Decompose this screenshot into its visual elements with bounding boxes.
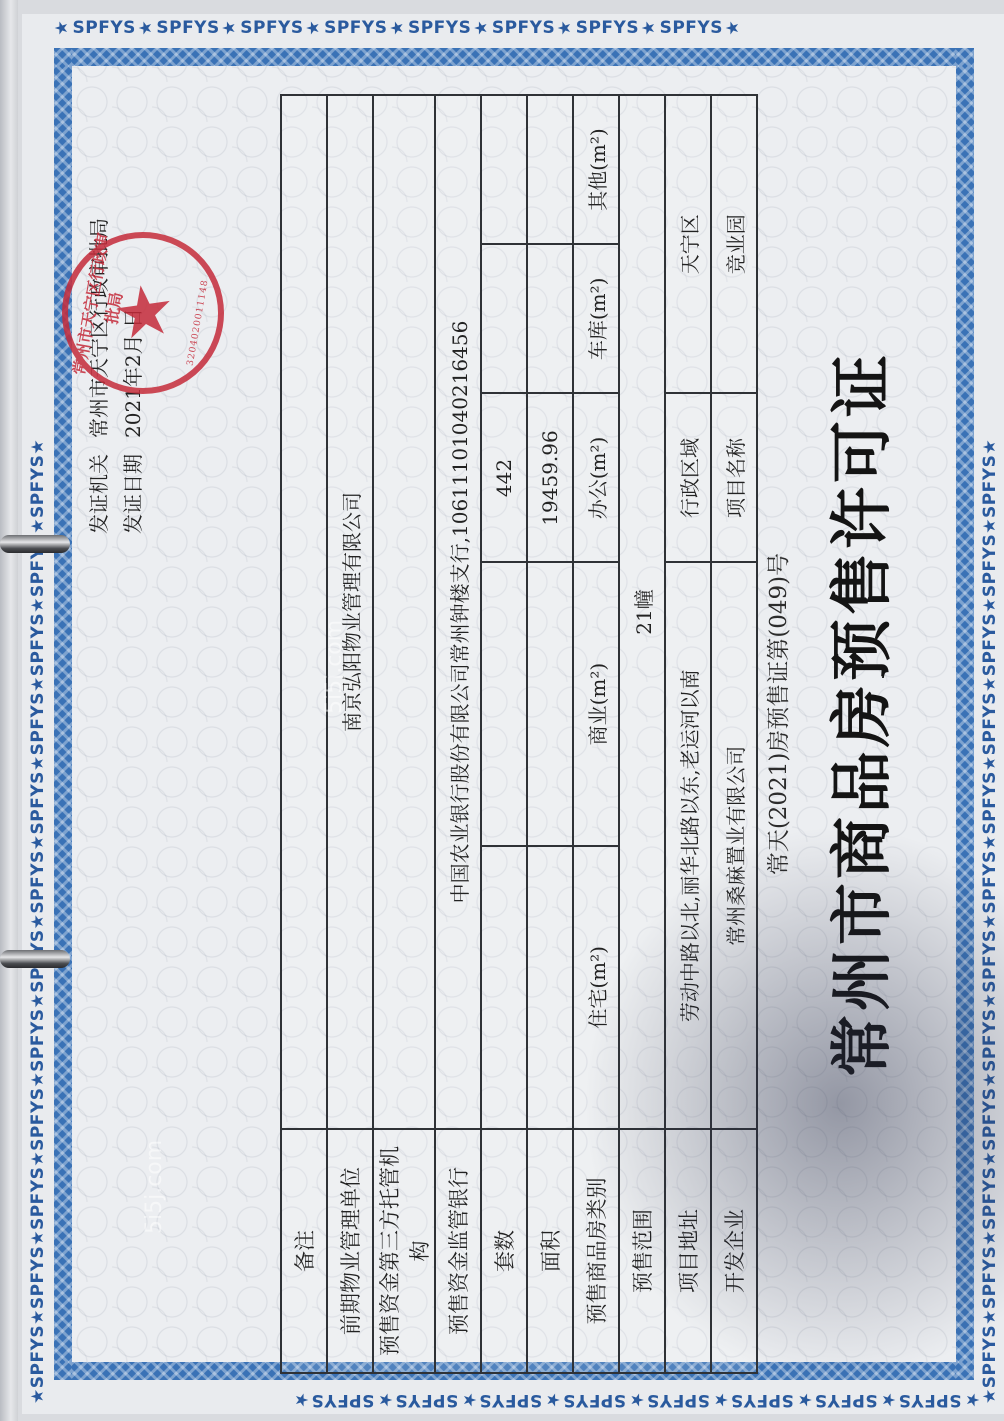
value-supervision-bank: 中国农业银行股份有限公司常州钟楼支行,10611101040216456 bbox=[435, 95, 481, 1129]
label-district: 行政区域 bbox=[665, 393, 711, 562]
permit-table: 备注 前期物业管理单位 南京弘阳物业管理有限公司 预售资金第三方托管机构 预售资… bbox=[280, 94, 758, 1374]
watermark: 5i5j.com bbox=[322, 620, 347, 714]
value-remarks bbox=[281, 95, 327, 1129]
label-supervision-bank: 预售资金监管银行 bbox=[435, 1129, 481, 1373]
certificate-photo: ★SPFYS★SPFYS★SPFYS★SPFYS★SPFYS★SPFYS★SPF… bbox=[22, 14, 1004, 1414]
binder-ring bbox=[0, 535, 70, 553]
area-other bbox=[527, 95, 573, 244]
value-district: 天宁区 bbox=[665, 95, 711, 393]
table-row: 面积 19459.96 bbox=[527, 95, 573, 1373]
area-garage bbox=[527, 244, 573, 393]
col-office: 办公(m²) bbox=[573, 393, 619, 562]
table-row: 预售资金监管银行 中国农业银行股份有限公司常州钟楼支行,106111010402… bbox=[435, 95, 481, 1373]
watermark: 5i5j.com bbox=[142, 1140, 167, 1234]
security-band-top: ★SPFYS★SPFYS★SPFYS★SPFYS★SPFYS★SPFYS★SPF… bbox=[28, 24, 52, 1404]
label-third-party: 预售资金第三方托管机构 bbox=[373, 1129, 435, 1373]
units-office: 442 bbox=[481, 393, 527, 562]
table-row: 前期物业管理单位 南京弘阳物业管理有限公司 bbox=[327, 95, 373, 1373]
table-row: 预售资金第三方托管机构 bbox=[373, 95, 435, 1373]
units-other bbox=[481, 95, 527, 244]
area-office: 19459.96 bbox=[527, 393, 573, 562]
area-residential bbox=[527, 846, 573, 1129]
label-area: 面积 bbox=[527, 1129, 573, 1373]
table-row: 备注 bbox=[281, 95, 327, 1373]
certificate-number: 常天(2021)房预售证第(049)号 bbox=[760, 14, 793, 1414]
col-other: 其他(m²) bbox=[573, 95, 619, 244]
table-row: 套数 442 bbox=[481, 95, 527, 1373]
label-project-name: 项目名称 bbox=[711, 393, 757, 562]
units-residential bbox=[481, 846, 527, 1129]
value-developer: 常州桑麻置业有限公司 bbox=[711, 563, 757, 1130]
security-band-bottom: ★SPFYS★SPFYS★SPFYS★SPFYS★SPFYS★SPFYS★SPF… bbox=[980, 24, 1004, 1404]
label-property-management: 前期物业管理单位 bbox=[327, 1129, 373, 1373]
binder-sleeve-edge bbox=[0, 0, 18, 1421]
label-category: 预售商品房类别 bbox=[573, 1129, 619, 1373]
label-remarks: 备注 bbox=[281, 1129, 327, 1373]
units-garage bbox=[481, 244, 527, 393]
label-developer: 开发企业 bbox=[711, 1129, 757, 1373]
binder-ring bbox=[0, 950, 70, 968]
authority-label: 发证机关 bbox=[87, 454, 111, 534]
certificate: ★SPFYS★SPFYS★SPFYS★SPFYS★SPFYS★SPFYS★SPF… bbox=[22, 14, 1004, 1414]
table-row: 预售商品房类别 住宅(m²) 商业(m²) 办公(m²) 车库(m²) 其他(m… bbox=[573, 95, 619, 1373]
table-row: 项目地址 劳动中路以北,丽华北路以东,老运河以南 行政区域 天宁区 bbox=[665, 95, 711, 1373]
value-project-address: 劳动中路以北,丽华北路以东,老运河以南 bbox=[665, 563, 711, 1130]
area-commercial bbox=[527, 563, 573, 846]
units-commercial bbox=[481, 563, 527, 846]
table-row: 开发企业 常州桑麻置业有限公司 项目名称 竞业园 bbox=[711, 95, 757, 1373]
label-units: 套数 bbox=[481, 1129, 527, 1373]
table-row: 预售范围 21幢 bbox=[619, 95, 665, 1373]
value-presale-scope: 21幢 bbox=[619, 95, 665, 1129]
col-garage: 车库(m²) bbox=[573, 244, 619, 393]
value-third-party bbox=[373, 95, 435, 1129]
certificate-title: 常州市商品房预售许可证 bbox=[812, 14, 901, 1414]
value-project-name: 竞业园 bbox=[711, 95, 757, 393]
col-commercial: 商业(m²) bbox=[573, 563, 619, 846]
value-property-management: 南京弘阳物业管理有限公司 bbox=[327, 95, 373, 1129]
date-label: 发证日期 bbox=[121, 454, 145, 534]
col-residential: 住宅(m²) bbox=[573, 846, 619, 1129]
label-project-address: 项目地址 bbox=[665, 1129, 711, 1373]
label-presale-scope: 预售范围 bbox=[619, 1129, 665, 1373]
